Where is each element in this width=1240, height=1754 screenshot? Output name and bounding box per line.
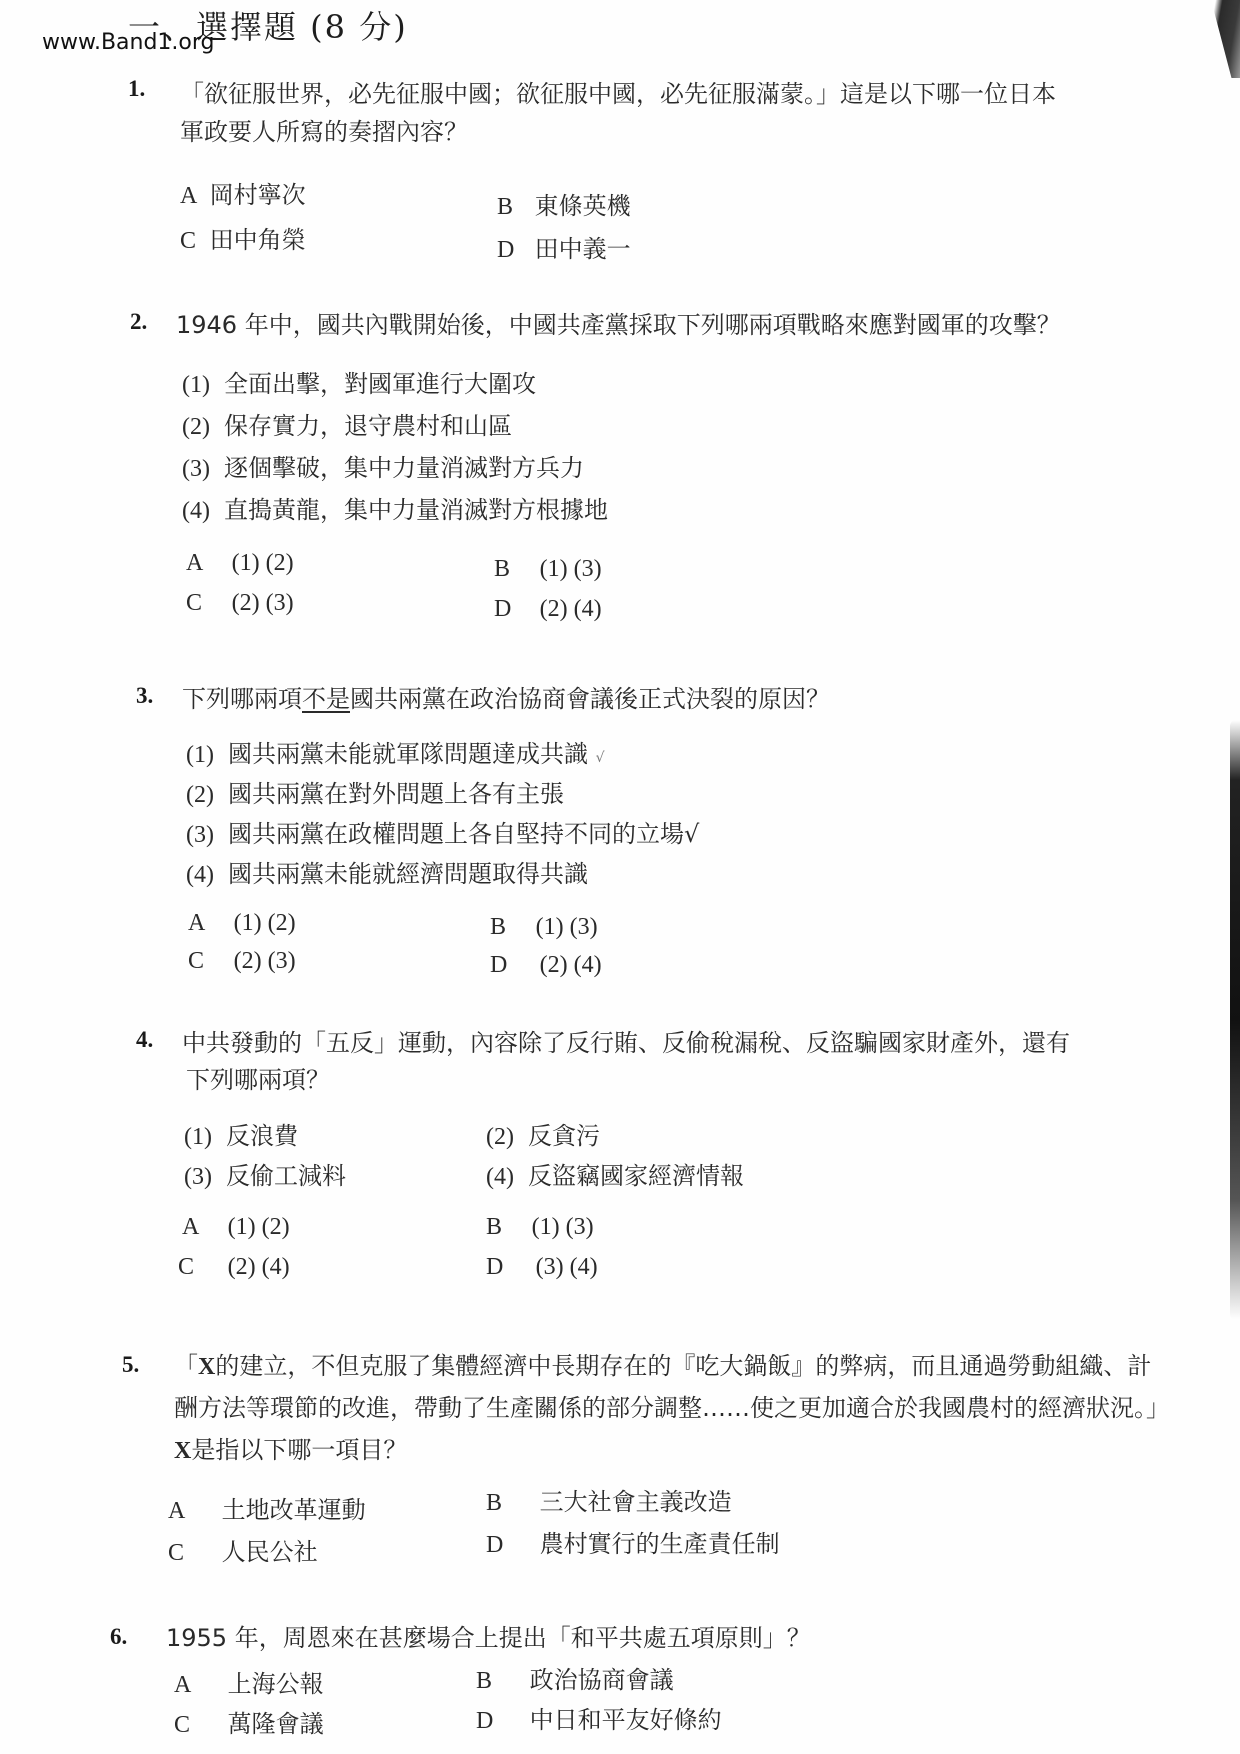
statement-1: (1)反浪費 [184,1116,298,1151]
scan-edge-shadow-top [1206,0,1240,78]
option-a: A 岡村寧次 [180,175,306,210]
option-d: D (3) (4) [486,1252,598,1281]
statement-3: (3)反偷工減料 [184,1156,346,1191]
option-a: A 土地改革運動 [168,1490,366,1525]
option-b: B (1) (3) [494,554,602,583]
option-c: C 人民公社 [168,1532,318,1567]
option-d: D 農村實行的生產責任制 [486,1524,780,1559]
option-a: A 上海公報 [174,1664,324,1699]
statement-2: (2)國共兩黨在對外問題上各有主張 [186,774,564,809]
question-number: 5. [122,1352,139,1378]
question-text-line: 1946 年中，國共內戰開始後，中國共產黨採取下列哪兩項戰略來應對國軍的攻擊？ [176,305,1061,340]
option-a: A (1) (2) [188,908,296,937]
statement-2: (2)反貪污 [486,1116,600,1151]
emphasis-underline: 不是 [302,685,350,713]
question-number: 2. [130,309,147,335]
option-c: C (2) (3) [186,588,294,617]
option-b: B (1) (3) [490,912,598,941]
question-text-line: 1955 年，周恩來在甚麼場合上提出「和平共處五項原則」？ [166,1618,811,1653]
option-b: B 東條英機 [497,186,631,221]
check-mark: √ [596,750,605,766]
question-text-line: 「X的建立，不但克服了集體經濟中長期存在的『吃大鍋飯』的弊病，而且通過勞動組織、… [174,1346,1151,1381]
question-number: 3. [136,683,153,709]
option-d: D 田中義一 [497,229,631,264]
question-text-line: 下列哪兩項不是國共兩黨在政治協商會議後正式決裂的原因？ [182,679,830,714]
question-text-line: 「欲征服世界，必先征服中國；欲征服中國，必先征服滿蒙。」這是以下哪一位日本 [180,74,1056,109]
check-mark: √ [684,820,699,848]
statement-1: (1)全面出擊，對國軍進行大圍攻 [182,364,536,399]
statement-4: (4)反盜竊國家經濟情報 [486,1156,744,1191]
option-b: B 政治協商會議 [476,1660,674,1695]
question-number: 6. [110,1624,127,1650]
option-b: B (1) (3) [486,1212,594,1241]
option-c: C (2) (3) [188,946,296,975]
option-c: C 萬隆會議 [174,1704,324,1739]
question-text-line: 軍政要人所寫的奏摺內容？ [180,112,468,147]
option-a: A (1) (2) [182,1212,290,1241]
statement-3: (3)逐個擊破，集中力量消滅對方兵力 [182,448,584,483]
option-d: D (2) (4) [490,950,602,979]
option-b: B 三大社會主義改造 [486,1482,732,1517]
question-text-line: 下列哪兩項？ [186,1060,330,1095]
statement-1: (1)國共兩黨未能就軍隊問題達成共識 √ [186,734,605,769]
statement-2: (2)保存實力，退守農村和山區 [182,406,512,441]
watermark: www.Band1.org [42,30,215,55]
question-number: 4. [136,1027,153,1053]
option-c: C (2) (4) [178,1252,290,1281]
statement-4: (4)直搗黃龍，集中力量消滅對方根據地 [182,490,608,525]
statement-4: (4)國共兩黨未能就經濟問題取得共識 [186,854,588,889]
option-a: A (1) (2) [186,548,294,577]
question-text-line: X是指以下哪一項目？ [174,1430,407,1465]
option-c: C 田中角榮 [180,220,306,255]
statement-3: (3)國共兩黨在政權問題上各自堅持不同的立場√ [186,814,699,849]
option-d: D (2) (4) [494,594,602,623]
exam-page: 一、選擇題 (8 分) www.Band1.org 1. 「欲征服世界，必先征服… [0,0,1240,1754]
question-text-line: 中共發動的「五反」運動，內容除了反行賄、反偷稅漏稅、反盜騙國家財產外，還有 [182,1023,1070,1058]
option-d: D 中日和平友好條約 [476,1700,722,1735]
question-number: 1. [128,76,145,102]
question-text-line: 酬方法等環節的改進，帶動了生產關係的部分調整……使之更加適合於我國農村的經濟狀況… [174,1388,1170,1423]
scan-edge-shadow-right [1230,720,1240,1320]
